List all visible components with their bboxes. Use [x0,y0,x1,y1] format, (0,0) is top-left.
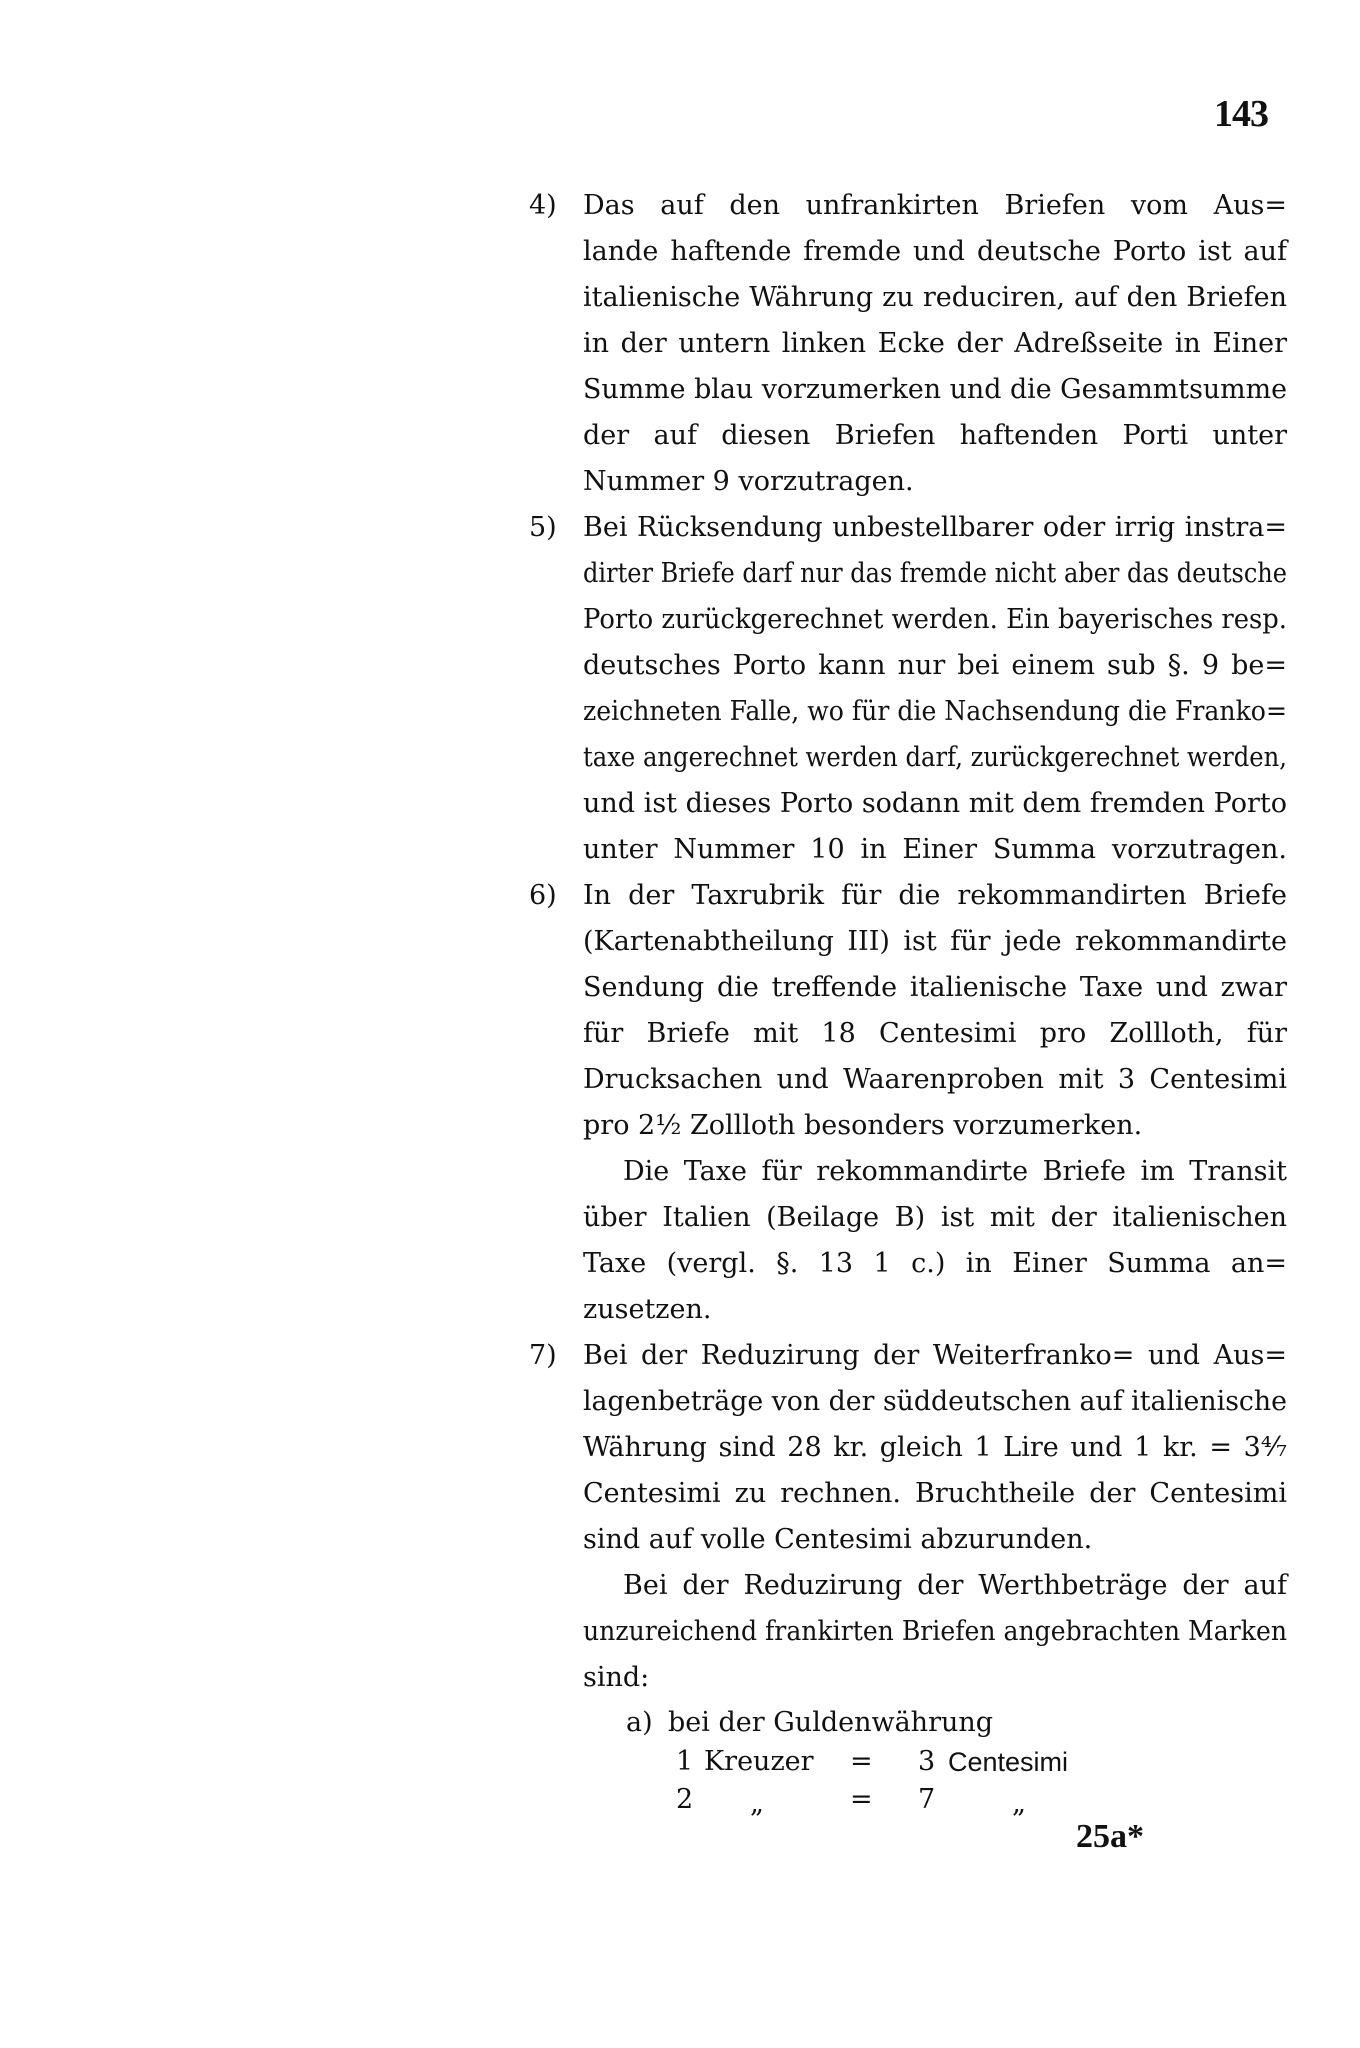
row-equals: = [850,1742,873,1782]
text-line: sind auf volle Centesimi abzurunden. [583,1517,1287,1563]
text-line: taxe angerechnet werden darf, zurückgere… [583,735,1287,781]
text-line: Nummer 9 vorzutragen. [583,459,1287,505]
text-line: sind: [583,1655,1287,1701]
printer-signature-mark: 25a* [1076,1818,1144,1856]
text-line: und ist dieses Porto sodann mit dem frem… [583,781,1287,827]
item-number-4: 4) [529,183,557,229]
text-line: dirter Briefe darf nur das fremde nicht … [583,551,1287,597]
text-line: Das auf den unfrankirten Briefen vom Aus… [583,183,1287,229]
text-line: Bei der Reduzirung der Weiterfranko= und… [583,1333,1287,1379]
text-line: In der Taxrubrik für die rekommandirten … [583,873,1287,919]
text-line: der auf diesen Briefen haftenden Porti u… [583,413,1287,459]
item-number-5: 5) [529,505,557,551]
page-number: 143 [1214,92,1268,136]
text-line: Summe blau vorzumerken und die Gesammtsu… [583,367,1287,413]
text-line: (Kartenabtheilung III) ist für jede reko… [583,919,1287,965]
row-value: 3 [918,1742,935,1782]
text-line: unzureichend frankirten Briefen angebrac… [583,1609,1287,1655]
text-line: italienische Währung zu reduciren, auf d… [583,275,1287,321]
text-line: für Briefe mit 18 Centesimi pro Zollloth… [583,1011,1287,1057]
text-line: in der untern linken Ecke der Adreßseite… [583,321,1287,367]
row-unit: „ [750,1784,764,1824]
row-amount: 2 [676,1780,693,1820]
text-line: Drucksachen und Waarenproben mit 3 Cente… [583,1057,1287,1103]
text-line: Sendung die treffende italienische Taxe … [583,965,1287,1011]
text-line: Währung sind 28 kr. gleich 1 Lire und 1 … [583,1425,1287,1471]
text-line: deutsches Porto kann nur bei einem sub §… [583,643,1287,689]
text-line: lande haftende fremde und deutsche Porto… [583,229,1287,275]
text-line: zusetzen. [583,1287,1287,1333]
text-line: Centesimi zu rechnen. Bruchtheile der Ce… [583,1471,1287,1517]
row-value: 7 [918,1780,935,1820]
subitem-text: bei der Guldenwährung [668,1700,993,1746]
text-line: pro 2½ Zollloth besonders vorzumerken. [583,1103,1287,1149]
row-value-unit: Centesimi [948,1742,1068,1782]
item-number-6: 6) [529,873,557,919]
text-line: zeichneten Falle, wo für die Nachsendung… [583,689,1287,735]
row-amount: 1 [676,1742,693,1782]
text-line: Die Taxe für rekommandirte Briefe im Tra… [623,1149,1287,1195]
row-unit: Kreuzer [704,1742,814,1782]
text-line: Bei Rücksendung unbestellbarer oder irri… [583,505,1287,551]
text-line: Taxe (vergl. §. 13 1 c.) in Einer Summa … [583,1241,1287,1287]
row-equals: = [850,1780,873,1820]
text-line: lagenbeträge von der süddeutschen auf it… [583,1379,1287,1425]
text-line: unter Nummer 10 in Einer Summa vorzutrag… [583,827,1287,873]
text-line: Porto zurückgerechnet werden. Ein bayeri… [583,597,1287,643]
text-line: Bei der Reduzirung der Werthbeträge der … [623,1563,1287,1609]
item-number-7: 7) [529,1333,557,1379]
text-line: über Italien (Beilage B) ist mit der ita… [583,1195,1287,1241]
row-value-unit: „ [1012,1784,1026,1824]
subitem-label: a) [626,1700,653,1746]
